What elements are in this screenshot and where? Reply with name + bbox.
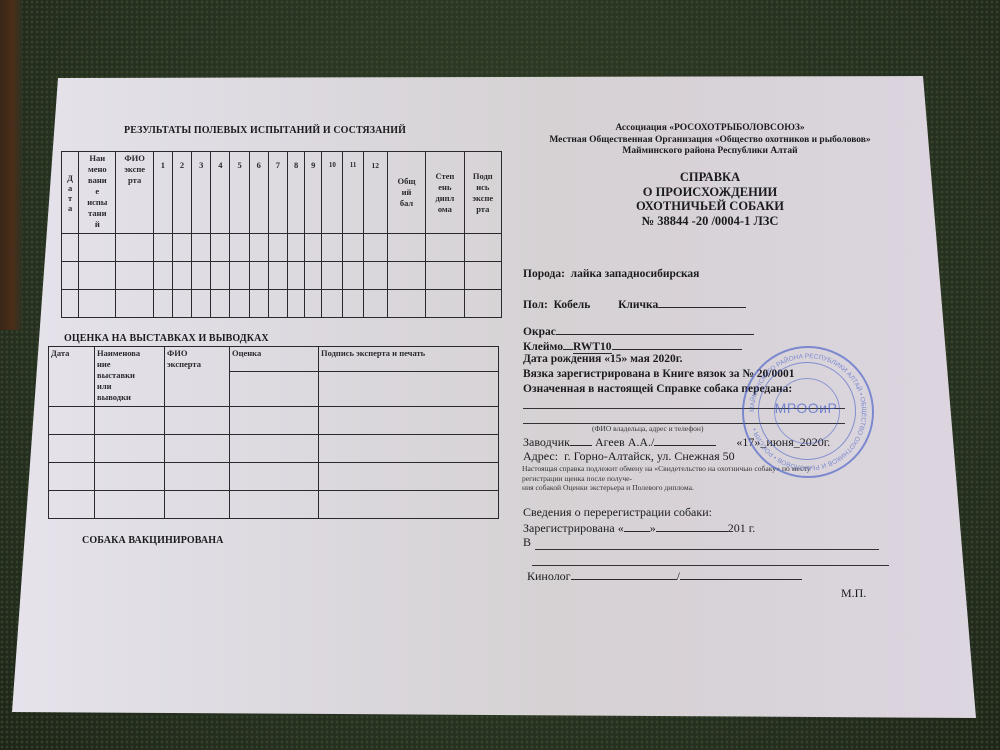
breed-field: Порода: лайка западносибирская — [523, 268, 699, 280]
association-line-3: Майминского района Республики Алтай — [505, 146, 915, 158]
table-cell[interactable] — [426, 290, 464, 318]
table-cell[interactable] — [230, 262, 249, 290]
field-trials-body — [62, 234, 502, 318]
table-cell[interactable] — [426, 234, 464, 262]
breeder-label: Заводчик — [523, 435, 570, 449]
table-cell[interactable] — [153, 234, 172, 262]
table-cell[interactable] — [319, 435, 499, 463]
table-cell[interactable] — [343, 262, 363, 290]
table-cell[interactable] — [79, 234, 116, 262]
shows-body — [49, 407, 499, 519]
brand-underline-pre — [563, 338, 573, 350]
document: РЕЗУЛЬТАТЫ ПОЛЕВЫХ ИСПЫТАНИЙ И СОСТЯЗАНИ… — [0, 0, 1000, 750]
table-cell[interactable] — [288, 234, 305, 262]
address-field: Адрес: г. Горно-Алтайск, ул. Снежная 50 — [523, 449, 735, 464]
table-cell[interactable] — [230, 435, 319, 463]
header-score-3: 3 — [192, 152, 211, 234]
association-header: Ассоциация «РОСОХОТРЫБОЛОВСОЮЗ» Местная … — [505, 123, 915, 158]
table-cell[interactable] — [165, 463, 230, 491]
owner-caption: (ФИО владельца, адрес и телефон) — [592, 424, 703, 434]
table-cell[interactable] — [249, 262, 268, 290]
table-cell[interactable] — [165, 491, 230, 519]
table-cell[interactable] — [387, 234, 425, 262]
table-cell[interactable] — [464, 262, 501, 290]
color-label: Окрас — [523, 326, 556, 338]
table-cell[interactable] — [62, 262, 79, 290]
brand-label: Клеймо — [523, 341, 563, 353]
registered-field: Зарегистрирована «»201 г. — [523, 520, 755, 536]
table-cell[interactable] — [79, 290, 116, 318]
cynologist-label: Кинолог — [527, 569, 571, 583]
table-row — [49, 435, 499, 463]
table-cell[interactable] — [211, 290, 230, 318]
header-grade: Оценка — [230, 347, 318, 372]
header-date: Д а т а — [62, 152, 79, 234]
table-cell[interactable] — [363, 262, 387, 290]
table-cell[interactable] — [322, 262, 343, 290]
notice-line-3: ния собакой Оценки экстерьера и Полевого… — [522, 483, 811, 493]
vaccinated-label: СОБАКА ВАКЦИНИРОВАНА — [82, 535, 223, 546]
table-cell[interactable] — [153, 290, 172, 318]
table-cell[interactable] — [172, 262, 191, 290]
table-cell[interactable] — [322, 234, 343, 262]
header-score-8: 8 — [288, 152, 305, 234]
table-cell[interactable] — [319, 463, 499, 491]
table-cell[interactable] — [192, 262, 211, 290]
cynologist-field: Кинолог/ — [527, 568, 802, 584]
table-cell[interactable] — [305, 290, 322, 318]
table-cell[interactable] — [249, 290, 268, 318]
table-cell[interactable] — [387, 290, 425, 318]
header-total: Общ ий бал — [387, 152, 425, 234]
header-score-4: 4 — [211, 152, 230, 234]
table-cell[interactable] — [305, 234, 322, 262]
header-score-5: 5 — [230, 152, 249, 234]
table-cell[interactable] — [305, 262, 322, 290]
table-cell[interactable] — [153, 262, 172, 290]
breeder-underline — [570, 434, 592, 446]
title-line-2: О ПРОИСХОЖДЕНИИ — [505, 185, 915, 200]
header-grade-cell: Оценка — [230, 347, 319, 407]
table-cell[interactable] — [230, 491, 319, 519]
breed-label: Порода: — [523, 268, 565, 280]
association-line-2: Местная Общественная Организация «Общест… — [505, 135, 915, 147]
table-row — [62, 234, 502, 262]
table-row — [62, 290, 502, 318]
table-row — [49, 407, 499, 435]
table-cell[interactable] — [79, 262, 116, 290]
header-expert-name: ФИО эксперта — [165, 347, 230, 407]
table-cell[interactable] — [288, 290, 305, 318]
breed-value: лайка западносибирская — [571, 268, 700, 280]
header-score-2: 2 — [172, 152, 191, 234]
table-cell[interactable] — [95, 463, 165, 491]
cynologist-signature[interactable] — [680, 568, 802, 580]
header-expert-name: ФИО экспе рта — [116, 152, 153, 234]
table-cell[interactable] — [165, 435, 230, 463]
color-value[interactable] — [556, 323, 754, 335]
table-cell[interactable] — [230, 463, 319, 491]
table-cell[interactable] — [49, 463, 95, 491]
table-cell[interactable] — [211, 262, 230, 290]
table-cell[interactable] — [95, 435, 165, 463]
table-cell[interactable] — [211, 234, 230, 262]
table-cell[interactable] — [319, 491, 499, 519]
header-signature: Подпись эксперта и печать — [319, 347, 498, 372]
seal-place: М.П. — [841, 586, 866, 601]
table-cell[interactable] — [172, 234, 191, 262]
table-cell[interactable] — [192, 290, 211, 318]
name-label: Кличка — [618, 299, 658, 311]
address-label: Адрес: — [523, 449, 558, 463]
title-line-1: СПРАВКА — [505, 170, 915, 185]
shows-table: Дата Наименова ние выставки или выводки … — [48, 346, 499, 519]
sex-label: Пол: — [523, 299, 548, 311]
table-cell[interactable] — [230, 407, 319, 435]
in-field: В — [523, 535, 531, 550]
header-signature: Подп ись экспе рта — [464, 152, 501, 234]
header-score-9: 9 — [305, 152, 322, 234]
in-line-2[interactable] — [532, 565, 889, 566]
table-cell[interactable] — [62, 290, 79, 318]
brand-underline-post — [612, 338, 742, 350]
table-cell[interactable] — [319, 407, 499, 435]
certificate-number: № 38844 -20 /0004-1 ЛЗС — [505, 214, 915, 229]
table-cell[interactable] — [363, 234, 387, 262]
table-row — [49, 491, 499, 519]
table-cell[interactable] — [116, 290, 153, 318]
certificate-title: СПРАВКА О ПРОИСХОЖДЕНИИ ОХОТНИЧЬЕЙ СОБАК… — [505, 170, 915, 228]
table-cell[interactable] — [464, 290, 501, 318]
header-score-10: 10 — [322, 152, 343, 234]
registered-year: 201 г. — [728, 521, 756, 535]
in-label: В — [523, 535, 531, 549]
table-cell[interactable] — [343, 234, 363, 262]
registered-label: Зарегистрирована « — [523, 521, 624, 535]
table-cell[interactable] — [230, 234, 249, 262]
color-field: Окрас — [523, 323, 754, 338]
header-score-1: 1 — [153, 152, 172, 234]
breeder-value: Агеев А.А./ — [595, 435, 654, 449]
table-cell[interactable] — [116, 262, 153, 290]
registered-day[interactable] — [624, 520, 650, 532]
table-cell[interactable] — [268, 262, 287, 290]
association-line-1: Ассоциация «РОСОХОТРЫБОЛОВСОЮЗ» — [505, 123, 915, 135]
table-cell[interactable] — [49, 491, 95, 519]
field-trials-table: Д а т а Наи мено вани е испы тани й ФИО … — [61, 151, 502, 318]
table-row — [49, 463, 499, 491]
table-cell[interactable] — [249, 234, 268, 262]
header-trial-name: Наи мено вани е испы тани й — [79, 152, 116, 234]
sex-name-field: Пол: Кобель Кличка — [523, 296, 746, 311]
title-line-3: ОХОТНИЧЬЕЙ СОБАКИ — [505, 199, 915, 214]
table-cell[interactable] — [268, 290, 287, 318]
table-cell[interactable] — [49, 407, 95, 435]
header-score-12: 12 — [363, 152, 387, 234]
header-signature-cell: Подпись эксперта и печать — [319, 347, 499, 407]
address-value: г. Горно-Алтайск, ул. Снежная 50 — [564, 449, 735, 463]
table-cell[interactable] — [426, 262, 464, 290]
table-cell[interactable] — [387, 262, 425, 290]
reregistration-title: Сведения о перерегистрации собаки: — [523, 505, 712, 520]
table-cell[interactable] — [343, 290, 363, 318]
in-line[interactable] — [535, 549, 879, 550]
table-cell[interactable] — [116, 234, 153, 262]
shows-header-row: Дата Наименова ние выставки или выводки … — [49, 347, 499, 407]
header-score-11: 11 — [343, 152, 363, 234]
table-cell[interactable] — [322, 290, 343, 318]
registered-month[interactable] — [656, 520, 728, 532]
birth-date: Дата рождения «15» мая 2020г. — [523, 353, 683, 365]
header-score-7: 7 — [268, 152, 287, 234]
name-value[interactable] — [658, 296, 746, 308]
header-date: Дата — [49, 347, 95, 407]
table-cell[interactable] — [95, 407, 165, 435]
field-trials-header-row: Д а т а Наи мено вани е испы тани й ФИО … — [62, 152, 502, 234]
table-cell[interactable] — [288, 262, 305, 290]
stamp-label: МРООиР — [744, 400, 868, 416]
header-show-name: Наименова ние выставки или выводки — [95, 347, 165, 407]
breeder-signature-line — [654, 434, 716, 446]
sex-value: Кобель — [554, 299, 591, 311]
header-score-6: 6 — [249, 152, 268, 234]
table-cell[interactable] — [62, 234, 79, 262]
table-cell[interactable] — [230, 290, 249, 318]
shows-title: ОЦЕНКА НА ВЫСТАВКАХ И ВЫВОДКАХ — [64, 333, 269, 344]
table-cell[interactable] — [192, 234, 211, 262]
table-cell[interactable] — [363, 290, 387, 318]
cynologist-name[interactable] — [571, 568, 677, 580]
table-row — [62, 262, 502, 290]
table-cell[interactable] — [95, 491, 165, 519]
field-trials-title: РЕЗУЛЬТАТЫ ПОЛЕВЫХ ИСПЫТАНИЙ И СОСТЯЗАНИ… — [124, 125, 406, 136]
table-cell[interactable] — [464, 234, 501, 262]
header-diploma: Степ ень дипл ома — [426, 152, 464, 234]
round-stamp: МАЙМИНСКОГО РАЙОНА РЕСПУБЛИКИ АЛТАЙ • ОБ… — [742, 346, 874, 478]
table-cell[interactable] — [49, 435, 95, 463]
table-cell[interactable] — [165, 407, 230, 435]
table-cell[interactable] — [268, 234, 287, 262]
brand-field: КлеймоRWT10 — [523, 338, 742, 353]
table-cell[interactable] — [172, 290, 191, 318]
